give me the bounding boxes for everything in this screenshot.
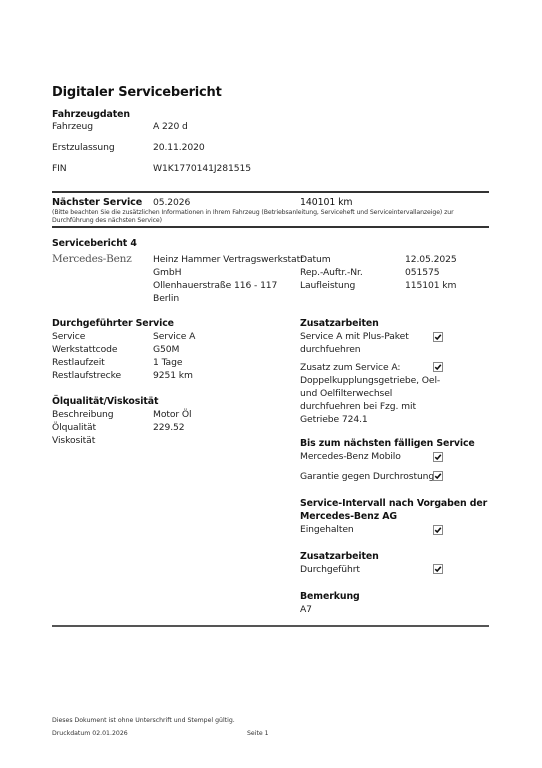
oil-quality-label: Ölqualität — [52, 422, 96, 433]
first-registration-value: 20.11.2020 — [153, 142, 205, 153]
workshop-street: Ollenhauerstraße 116 - 117 — [153, 280, 277, 291]
remaining-distance-value: 9251 km — [153, 370, 193, 381]
additional-work-item-2-line-1: Zusatz zum Service A: — [300, 362, 400, 373]
checkmark-icon — [434, 472, 442, 480]
first-registration-label: Erstzulassung — [52, 142, 115, 153]
report-heading: Servicebericht 4 — [52, 238, 137, 249]
interval-kept-label: Eingehalten — [300, 524, 354, 535]
vin-label: FIN — [52, 163, 67, 174]
divider-middle — [52, 226, 489, 228]
viscosity-label: Viskosität — [52, 435, 95, 446]
mobilo-checkbox[interactable] — [433, 452, 443, 462]
next-service-note: (Bitte beachten Sie die zusätzlichen Inf… — [52, 209, 462, 225]
oil-description-value: Motor Öl — [153, 409, 191, 420]
workshop-name-suffix: GmbH — [153, 267, 181, 278]
interval-heading-line-1: Service-Intervall nach Vorgaben der — [300, 498, 487, 509]
interval-heading-line-2: Mercedes-Benz AG — [300, 511, 397, 522]
additional-work-2-checkbox[interactable] — [433, 564, 443, 574]
workshop-name: Heinz Hammer Vertragswerkstatt — [153, 254, 304, 265]
additional-work-item-2-line-5: Getriebe 724.1 — [300, 414, 368, 425]
additional-work-2-heading: Zusatzarbeiten — [300, 551, 379, 562]
workshop-code-label: Werkstattcode — [52, 344, 117, 355]
rust-warranty-label: Garantie gegen Durchrostung — [300, 471, 434, 482]
rust-warranty-checkbox[interactable] — [433, 471, 443, 481]
divider-top — [52, 191, 489, 193]
next-service-mileage: 140101 km — [300, 197, 352, 208]
footer-validity: Dieses Dokument ist ohne Unterschrift un… — [52, 717, 235, 724]
footer-print-date: Druckdatum 02.01.2026 — [52, 730, 128, 737]
footer-page-number: Seite 1 — [247, 730, 269, 737]
additional-work-heading: Zusatzarbeiten — [300, 318, 379, 329]
remaining-distance-label: Restlaufstrecke — [52, 370, 121, 381]
remark-value: A7 — [300, 604, 312, 615]
additional-work-item-2-line-2: Doppelkupplungsgetriebe, Oel- — [300, 375, 440, 386]
next-service-label: Nächster Service — [52, 197, 142, 208]
checkmark-icon — [434, 363, 442, 371]
interval-kept-checkbox[interactable] — [433, 525, 443, 535]
additional-work-item-1-checkbox[interactable] — [433, 332, 443, 342]
vehicle-heading: Fahrzeugdaten — [52, 109, 130, 120]
additional-work-item-2-line-3: und Oelfilterwechsel — [300, 388, 392, 399]
additional-work-item-1-line-1: Service A mit Plus-Paket — [300, 331, 409, 342]
checkmark-icon — [434, 333, 442, 341]
vin-value: W1K1770141J281515 — [153, 163, 251, 174]
workshop-code-value: G50M — [153, 344, 179, 355]
service-value: Service A — [153, 331, 195, 342]
next-service-date: 05.2026 — [153, 197, 190, 208]
additional-work-2-label: Durchgeführt — [300, 564, 360, 575]
performed-service-heading: Durchgeführter Service — [52, 318, 174, 329]
remaining-time-value: 1 Tage — [153, 357, 182, 368]
order-number-label: Rep.-Auftr.-Nr. — [300, 267, 363, 278]
remark-heading: Bemerkung — [300, 591, 360, 602]
mileage-label: Laufleistung — [300, 280, 355, 291]
oil-heading: Ölqualität/Viskosität — [52, 396, 158, 407]
additional-work-item-2-line-4: durchfuehren bei Fzg. mit — [300, 401, 416, 412]
vehicle-label: Fahrzeug — [52, 121, 93, 132]
checkmark-icon — [434, 453, 442, 461]
oil-quality-value: 229.52 — [153, 422, 185, 433]
until-next-heading: Bis zum nächsten fälligen Service — [300, 438, 475, 449]
document-title: Digitaler Servicebericht — [52, 85, 222, 100]
divider-bottom — [52, 625, 489, 627]
order-number-value: 051575 — [405, 267, 439, 278]
date-label: Datum — [300, 254, 331, 265]
additional-work-item-2-checkbox[interactable] — [433, 362, 443, 372]
checkmark-icon — [434, 526, 442, 534]
date-value: 12.05.2025 — [405, 254, 457, 265]
remaining-time-label: Restlaufzeit — [52, 357, 105, 368]
oil-description-label: Beschreibung — [52, 409, 114, 420]
mobilo-label: Mercedes-Benz Mobilo — [300, 451, 401, 462]
service-label: Service — [52, 331, 85, 342]
vehicle-value: A 220 d — [153, 121, 188, 132]
additional-work-item-1-line-2: durchfuehren — [300, 344, 361, 355]
mileage-value: 115101 km — [405, 280, 456, 291]
checkmark-icon — [434, 565, 442, 573]
brand-logo: Mercedes-Benz — [52, 253, 132, 265]
workshop-city: Berlin — [153, 293, 179, 304]
